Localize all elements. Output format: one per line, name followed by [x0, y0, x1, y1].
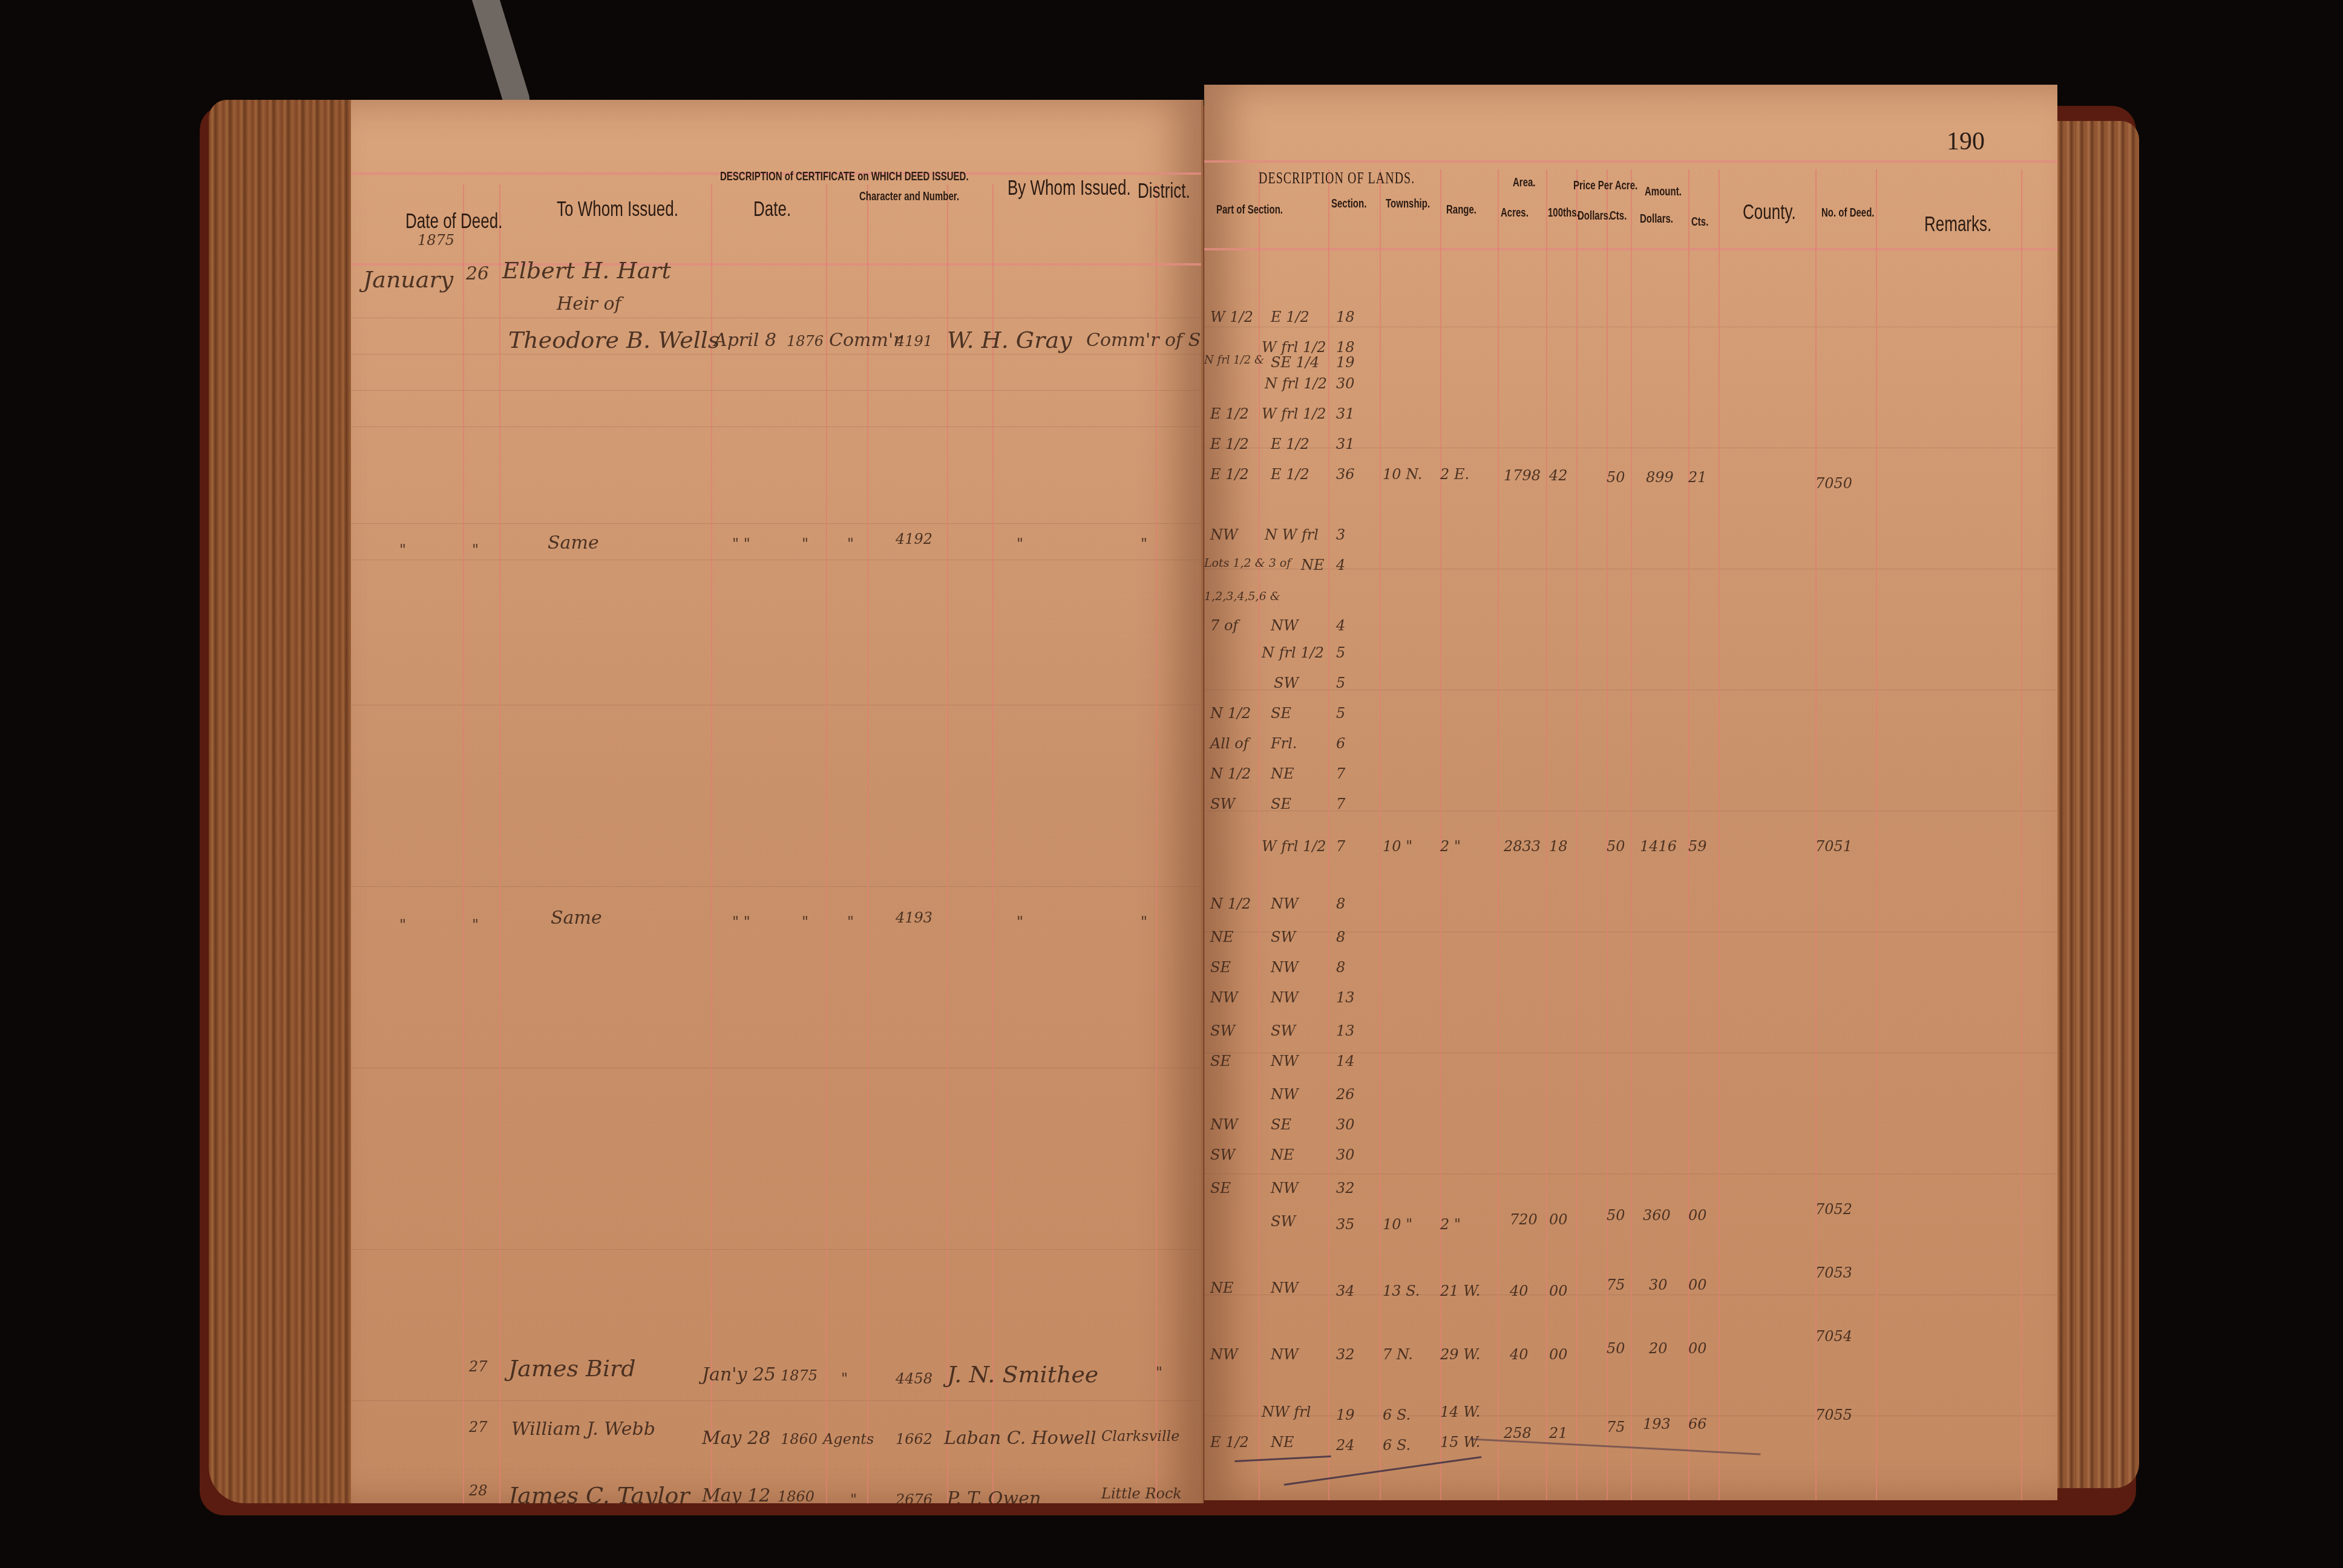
land-section: 24: [1336, 1437, 1355, 1454]
ink-underline: [1470, 1438, 1760, 1455]
land-section: 8: [1336, 895, 1345, 912]
land-quarter: W frl 1/2: [1262, 838, 1326, 855]
entry-day: 27: [469, 1358, 488, 1375]
entry-number: 1662: [896, 1431, 932, 1448]
page-edges-right: [2054, 121, 2139, 1488]
entry-character: ": [847, 913, 854, 930]
entry-cert-date: April 8: [714, 330, 776, 351]
land-part: N 1/2: [1210, 705, 1251, 722]
entry-cert-year: 1875: [781, 1367, 818, 1384]
entry-character: Agents: [823, 1431, 874, 1448]
land-section: 3: [1336, 526, 1345, 543]
land-quarter: NE: [1301, 557, 1325, 573]
land-section: 8: [1336, 929, 1345, 946]
col-divider: [711, 185, 712, 1503]
entry-by-whom: P. T. Owen: [947, 1488, 1041, 1503]
land-section: 14: [1336, 1053, 1355, 1070]
land-section: 35: [1336, 1216, 1355, 1233]
land-amount-dollars: 20: [1649, 1340, 1668, 1357]
land-quarter: SE: [1271, 795, 1291, 812]
col-divider: [1876, 169, 1877, 1500]
entry-district: Comm'r of St.: [1086, 330, 1204, 351]
entry-name: James Bird: [508, 1355, 636, 1382]
land-section: 7: [1336, 765, 1345, 782]
land-quarter: SW: [1271, 929, 1296, 946]
land-range: 21 W.: [1440, 1282, 1480, 1299]
header-township: Township.: [1386, 197, 1430, 211]
header-by-whom-issued: By Whom Issued.: [1008, 175, 1131, 201]
land-price-cents: 75: [1607, 1276, 1625, 1293]
land-part: N 1/2: [1210, 895, 1251, 912]
land-amount-dollars: 1416: [1640, 838, 1677, 855]
land-hundredths: 00: [1549, 1346, 1568, 1363]
land-amount-cents: 00: [1688, 1207, 1707, 1224]
ink-underline: [1234, 1455, 1331, 1462]
header-top-rule: [1204, 160, 2057, 163]
land-section: 13: [1336, 1022, 1355, 1039]
col-divider: [1631, 169, 1632, 1500]
land-quarter: NW: [1271, 617, 1299, 634]
land-section: 30: [1336, 1146, 1355, 1163]
land-amount-dollars: 899: [1646, 469, 1674, 486]
col-divider: [1576, 169, 1578, 1500]
entry-district: ": [1141, 913, 1147, 930]
land-part: NW: [1210, 1116, 1238, 1133]
land-price-cents: 50: [1607, 469, 1625, 486]
land-hundredths: 18: [1549, 838, 1568, 855]
entry-number: 4193: [896, 909, 932, 926]
land-part: NW: [1210, 1346, 1238, 1363]
land-amount-dollars: 193: [1643, 1416, 1671, 1432]
land-quarter: NW: [1271, 989, 1299, 1006]
entry-by-whom: J. N. Smithee: [947, 1361, 1098, 1388]
entry-number: 4192: [896, 531, 932, 547]
land-range: 2 E.: [1440, 466, 1469, 483]
col-divider: [1688, 169, 1689, 1500]
land-range: 2 ": [1440, 1216, 1461, 1233]
land-part: SW: [1210, 1022, 1235, 1039]
land-acres: 1798: [1504, 467, 1541, 484]
land-price-cents: 50: [1607, 838, 1625, 855]
land-quarter: SE: [1271, 705, 1291, 722]
page-number: 190: [1947, 127, 1985, 156]
right-page: 190 DESCRIPTION OF LANDS. Part of Sectio…: [1204, 85, 2057, 1500]
entry-name: Same: [551, 907, 602, 929]
col-divider: [1259, 169, 1260, 1500]
land-section: 36: [1336, 466, 1355, 483]
header-amount-cents: Cts.: [1691, 215, 1708, 229]
col-divider: [947, 185, 948, 1503]
land-part: NE: [1210, 929, 1234, 946]
land-part: NW: [1210, 989, 1238, 1006]
land-township: 7 N.: [1383, 1346, 1413, 1363]
entry-cert-date: Jan'y 25: [702, 1364, 776, 1385]
land-part: NE: [1210, 1279, 1234, 1296]
land-quarter: SW: [1271, 1022, 1296, 1039]
entry-day: ": [472, 541, 479, 558]
land-township: 10 ": [1383, 1216, 1412, 1233]
land-section: 31: [1336, 405, 1355, 422]
land-quarter: NE: [1271, 765, 1294, 782]
header-price-cents: Cts.: [1610, 209, 1627, 223]
entry-number: 2676: [896, 1491, 932, 1503]
header-remarks: Remarks.: [1924, 212, 1991, 237]
entry-character: Comm'r: [829, 330, 902, 351]
land-township: 10 N.: [1383, 466, 1422, 483]
land-quarter: N frl 1/2: [1265, 375, 1327, 392]
land-price-cents: 75: [1607, 1419, 1625, 1436]
land-section: 30: [1336, 375, 1355, 392]
land-township: 6 S.: [1383, 1437, 1411, 1454]
land-part: E 1/2: [1210, 436, 1249, 452]
land-section: 5: [1336, 705, 1345, 722]
land-section: 19: [1336, 354, 1355, 371]
land-section: 32: [1336, 1180, 1355, 1197]
land-section: 13: [1336, 989, 1355, 1006]
land-section: 4: [1336, 557, 1345, 573]
land-quarter: NW: [1271, 895, 1299, 912]
col-divider: [1380, 169, 1381, 1500]
entry-by-whom: W. H. Gray: [947, 327, 1072, 353]
header-character-number: Character and Number.: [859, 189, 959, 203]
entry-number: 4191: [896, 333, 932, 350]
land-township: 6 S.: [1383, 1406, 1411, 1423]
land-deed-no: 7051: [1815, 838, 1852, 855]
entry-cert-year: 1860: [781, 1431, 818, 1448]
land-part: 1,2,3,4,5,6 &: [1204, 590, 1280, 603]
entry-number: 4458: [896, 1370, 932, 1387]
land-range: 29 W.: [1440, 1346, 1480, 1363]
land-section: 8: [1336, 959, 1345, 976]
land-hundredths: 21: [1549, 1425, 1568, 1442]
land-quarter: SW: [1274, 675, 1299, 691]
page-weight-strip: [472, 0, 533, 116]
col-divider: [1498, 169, 1499, 1500]
header-hundredths: 100ths.: [1548, 206, 1579, 220]
land-acres: 2833: [1504, 838, 1541, 855]
land-section: 5: [1336, 675, 1345, 691]
land-amount-cents: 21: [1688, 469, 1707, 486]
land-quarter: NW frl: [1262, 1403, 1311, 1420]
header-acres: Acres.: [1501, 206, 1529, 220]
entry-month: ": [399, 916, 406, 933]
land-quarter: NE: [1271, 1146, 1294, 1163]
land-quarter: Frl.: [1271, 735, 1297, 752]
land-section: 31: [1336, 436, 1355, 452]
header-date-of-deed: Date of Deed.: [405, 209, 502, 234]
entry-district: ": [1156, 1364, 1162, 1381]
header-amount-dollars: Dollars.: [1640, 212, 1673, 226]
header-range: Range.: [1446, 203, 1476, 217]
land-section: 7: [1336, 795, 1345, 812]
land-section: 18: [1336, 309, 1355, 325]
land-quarter: NW: [1271, 959, 1299, 976]
land-section: 6: [1336, 735, 1345, 752]
ink-underline: [1283, 1456, 1481, 1486]
land-deed-no: 7052: [1815, 1201, 1852, 1218]
land-part: N 1/2: [1210, 765, 1251, 782]
land-part: E 1/2: [1210, 466, 1249, 483]
land-quarter: E 1/2: [1271, 466, 1309, 483]
entry-by-whom: ": [1017, 535, 1023, 552]
land-part: N frl 1/2 &: [1204, 354, 1264, 367]
land-quarter: NW: [1271, 1053, 1299, 1070]
land-section: 34: [1336, 1282, 1355, 1299]
land-quarter: W frl 1/2: [1262, 405, 1326, 422]
land-deed-no: 7053: [1815, 1264, 1852, 1281]
land-quarter: NW: [1271, 1279, 1299, 1296]
entry-name: William J. Webb: [511, 1419, 655, 1440]
land-amount-cents: 59: [1688, 838, 1707, 855]
header-to-whom-issued: To Whom Issued.: [557, 197, 678, 222]
land-section: 32: [1336, 1346, 1355, 1363]
entry-district: Clarksville: [1101, 1428, 1179, 1445]
header-amount-group: Amount.: [1645, 185, 1682, 198]
header-lands-group: DESCRIPTION OF LANDS.: [1259, 169, 1415, 188]
entry-cert-year: 1860: [778, 1488, 814, 1503]
land-quarter: NW: [1271, 1180, 1299, 1197]
header-section: Section.: [1331, 197, 1366, 211]
land-amount-cents: 00: [1688, 1340, 1707, 1357]
land-part: 7 of: [1210, 617, 1238, 634]
col-divider: [1815, 169, 1817, 1500]
col-divider: [1546, 169, 1547, 1500]
land-acres: 40: [1510, 1282, 1529, 1299]
land-section: 4: [1336, 617, 1345, 634]
col-divider: [1440, 169, 1441, 1500]
land-part: SE: [1210, 1053, 1231, 1070]
land-section: 5: [1336, 644, 1345, 661]
header-cert-date: Date.: [753, 197, 791, 222]
entry-by-whom: Laban C. Howell: [944, 1428, 1096, 1449]
header-certificate-group: DESCRIPTION of CERTIFICATE on WHICH DEED…: [720, 169, 969, 183]
entry-month: January: [363, 266, 453, 293]
col-divider: [2021, 169, 2022, 1500]
col-divider: [1328, 169, 1329, 1500]
land-price-cents: 50: [1607, 1207, 1625, 1224]
entry-name: Same: [548, 532, 599, 554]
col-divider: [499, 185, 500, 1503]
col-divider: [1607, 169, 1608, 1500]
entry-day: ": [472, 916, 479, 933]
header-district: District.: [1138, 178, 1190, 204]
land-quarter: N W frl: [1265, 526, 1319, 543]
left-page: Date of Deed. 1875 To Whom Issued. DESCR…: [351, 100, 1204, 1503]
entry-cert-date: " ": [732, 913, 750, 930]
land-section: 7: [1336, 838, 1345, 855]
land-quarter: NW: [1271, 1346, 1299, 1363]
land-quarter: W frl 1/2: [1262, 339, 1326, 356]
header-year: 1875: [418, 232, 454, 249]
page-edges-left: [209, 100, 354, 1503]
entry-cert-year: ": [802, 535, 808, 552]
land-quarter: NW: [1271, 1086, 1299, 1103]
land-quarter: SE 1/4: [1271, 354, 1319, 371]
entry-cert-year: 1876: [787, 333, 824, 350]
entry-character: ": [850, 1491, 857, 1503]
land-part: NW: [1210, 526, 1238, 543]
land-deed-no: 7055: [1815, 1406, 1852, 1423]
entry-by-whom: ": [1017, 913, 1023, 930]
land-deed-no: 7054: [1815, 1328, 1852, 1345]
land-part: E 1/2: [1210, 1434, 1249, 1451]
col-divider: [463, 185, 464, 1503]
header-area-group: Area.: [1513, 175, 1536, 189]
entry-day: 27: [469, 1419, 488, 1436]
land-quarter: E 1/2: [1271, 436, 1309, 452]
land-deed-no: 7050: [1815, 475, 1852, 492]
land-part: Lots 1,2 & 3 of: [1204, 557, 1291, 570]
entry-month: ": [399, 541, 406, 558]
entry-day: 28: [469, 1482, 488, 1499]
entry-district: ": [1141, 535, 1147, 552]
entry-character: ": [847, 535, 854, 552]
land-amount-dollars: 30: [1649, 1276, 1668, 1293]
entry-character: ": [841, 1370, 848, 1387]
header-county: County.: [1743, 200, 1796, 225]
entry-cert-date: May 28: [702, 1428, 770, 1449]
land-amount-cents: 00: [1688, 1276, 1707, 1293]
entry-name-line: Theodore B. Wells: [508, 327, 719, 353]
land-quarter: E 1/2: [1271, 309, 1309, 325]
land-part: SW: [1210, 795, 1235, 812]
entry-name: James C. Taylor: [508, 1482, 690, 1503]
col-divider: [1156, 185, 1157, 1503]
land-part: SE: [1210, 1180, 1231, 1197]
land-acres: 40: [1510, 1346, 1529, 1363]
land-section: 19: [1336, 1406, 1355, 1423]
col-divider: [1719, 169, 1720, 1500]
header-no-of-deed: No. of Deed.: [1821, 206, 1875, 220]
land-part: All of: [1210, 735, 1249, 752]
entry-name: Elbert H. Hart: [502, 257, 671, 284]
land-amount-dollars: 360: [1643, 1207, 1671, 1224]
header-price-group: Price Per Acre.: [1573, 178, 1637, 192]
land-quarter: SE: [1271, 1116, 1291, 1133]
entry-cert-date: " ": [732, 535, 750, 552]
land-township: 13 S.: [1383, 1282, 1420, 1299]
land-part: SE: [1210, 959, 1231, 976]
land-part: W 1/2: [1210, 309, 1253, 325]
col-divider: [992, 185, 994, 1503]
land-hundredths: 00: [1549, 1282, 1568, 1299]
entry-cert-date: May 12: [702, 1485, 770, 1503]
land-hundredths: 00: [1549, 1211, 1568, 1228]
land-acres: 258: [1504, 1425, 1532, 1442]
col-divider: [826, 185, 827, 1503]
land-section: 30: [1336, 1116, 1355, 1133]
land-quarter: NE: [1271, 1434, 1294, 1451]
land-range: 2 ": [1440, 838, 1461, 855]
land-township: 10 ": [1383, 838, 1412, 855]
land-range: 15 W.: [1440, 1434, 1480, 1451]
land-section: 18: [1336, 339, 1355, 356]
header-price-dollars: Dollars.: [1578, 209, 1611, 223]
entry-name-line: Heir of: [557, 293, 621, 315]
land-quarter: N frl 1/2: [1262, 644, 1324, 661]
land-section: 26: [1336, 1086, 1355, 1103]
land-amount-cents: 66: [1688, 1416, 1707, 1432]
land-quarter: SW: [1271, 1213, 1296, 1230]
entry-day: 26: [466, 263, 489, 284]
land-acres: 720: [1510, 1211, 1538, 1228]
land-range: 14 W.: [1440, 1403, 1480, 1420]
entry-district: Little Rock: [1101, 1485, 1182, 1502]
entry-cert-year: ": [802, 913, 808, 930]
land-price-cents: 50: [1607, 1340, 1625, 1357]
land-part: E 1/2: [1210, 405, 1249, 422]
land-hundredths: 42: [1549, 467, 1568, 484]
land-part: SW: [1210, 1146, 1235, 1163]
header-part-of-section: Part of Section.: [1216, 203, 1283, 217]
col-divider: [867, 185, 868, 1503]
